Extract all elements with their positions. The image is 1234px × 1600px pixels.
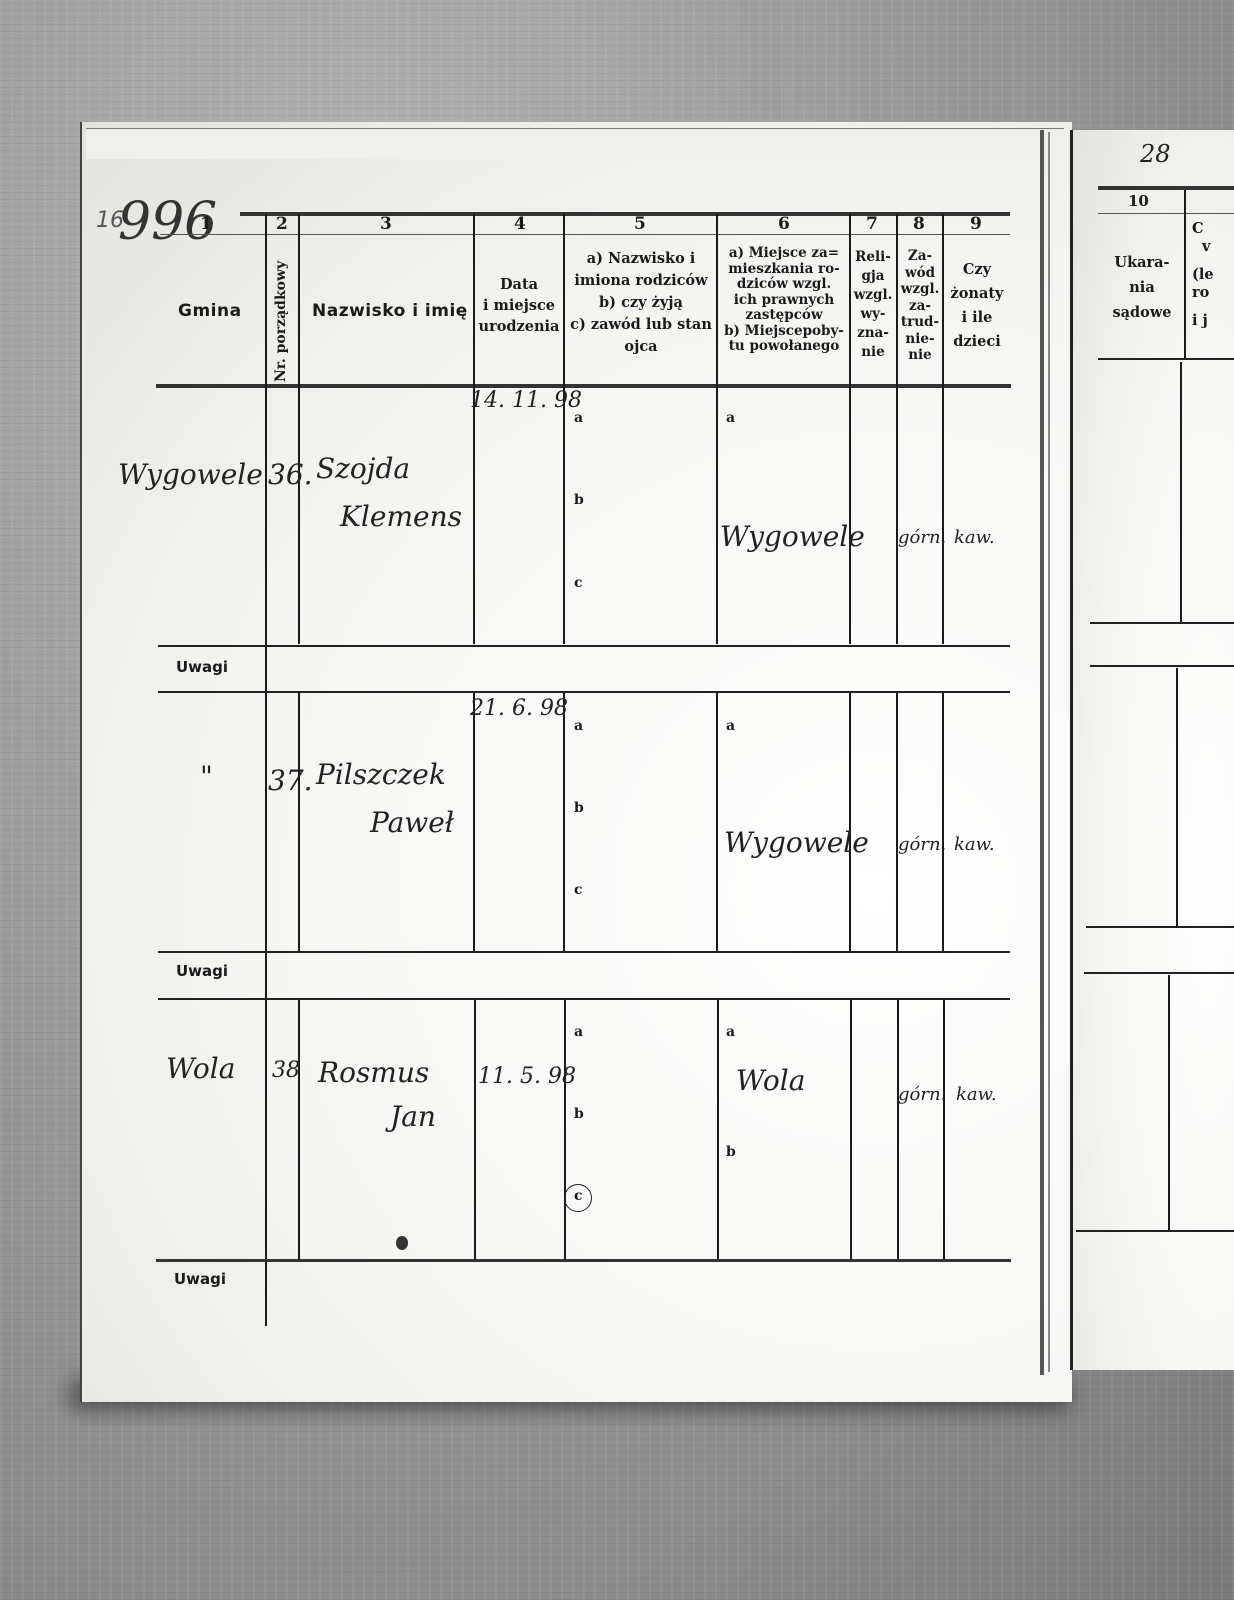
- e3-col-divider-5-6: [717, 1000, 719, 1260]
- header-col9-line: dzieci: [944, 330, 1010, 354]
- entry-1-birth-date: 14. 11. 98: [470, 388, 582, 413]
- e2-col-divider-2-3: [298, 693, 300, 951]
- header-col9-line: żonaty: [944, 282, 1010, 306]
- col-number-8: 8: [913, 214, 925, 234]
- entry-3-col9-marital: kaw.: [956, 1084, 997, 1105]
- header-col7-line: Reli-: [850, 248, 896, 267]
- right-header-col10-line: nia: [1100, 275, 1184, 300]
- right-header-top-rule: [1098, 186, 1234, 190]
- entry-2-col6-sub-a: a: [726, 718, 735, 734]
- col-number-7: 7: [866, 214, 878, 234]
- col-number-6: 6: [778, 214, 790, 234]
- right-remarks-2-rule: [1084, 972, 1234, 974]
- entry-1-col6-residence: Wygowele: [720, 520, 865, 553]
- header-col7-line: nie: [850, 343, 896, 362]
- e2-col-divider-6-7: [849, 693, 851, 951]
- right-col-number-rule: [1098, 213, 1234, 214]
- header-col4-line: urodzenia: [476, 316, 562, 337]
- header-nazwisko-i-imie: Nazwisko i imię: [312, 301, 468, 321]
- header-col5-line: a) Nazwisko i: [566, 248, 716, 270]
- entry-3-col8-occupation: górn.: [898, 1084, 946, 1105]
- header-col5-line: imiona rodziców: [566, 270, 716, 292]
- header-col8-line: trud-: [897, 314, 943, 331]
- header-col5-line: ojca: [566, 336, 716, 358]
- e3-col-divider-2-3: [298, 1000, 300, 1260]
- entry-2-nr: 37.: [268, 764, 313, 797]
- col-number-5: 5: [634, 214, 646, 234]
- entry-3-sub-b: b: [574, 1106, 584, 1122]
- right-header-col11-line: (le: [1192, 266, 1214, 284]
- header-col8: Za- wód wzgl. za- trud- nie- nie: [897, 248, 943, 364]
- right-e2-divider: [1176, 668, 1178, 926]
- header-col7-line: zna-: [850, 324, 896, 343]
- column-number-rule: [160, 234, 1010, 235]
- header-col5-line: b) czy żyją: [566, 292, 716, 314]
- right-header-col11-line: C: [1192, 220, 1214, 238]
- entry-3-bottom-rule: [156, 1259, 1011, 1262]
- right-header-col11-partial: C v (le ro i j: [1192, 220, 1214, 330]
- header-col6-line: b) Miejscepoby-: [718, 324, 850, 340]
- right-header-col11-line: i j: [1192, 312, 1214, 330]
- entry-2-col6-residence: Wygowele: [724, 826, 869, 859]
- col-divider-1-2: [265, 214, 267, 1326]
- entry-1-sub-b: b: [574, 492, 584, 508]
- remarks-1-bottom-rule: [158, 691, 1010, 693]
- entry-3-given-name: Jan: [390, 1100, 436, 1133]
- e2-col-divider-3-4: [473, 693, 475, 951]
- col-number-1: 1: [200, 214, 212, 234]
- page-edge-stack: [1048, 132, 1050, 1372]
- entry-1-col8-occupation: górn.: [898, 527, 946, 548]
- header-col8-line: nie-: [897, 331, 943, 348]
- remarks-field-2[interactable]: [270, 954, 1008, 996]
- header-col7-line: wzgl.: [850, 286, 896, 305]
- entry-3-sub-a: a: [574, 1024, 583, 1040]
- entry-1-col9-marital: kaw.: [954, 527, 995, 548]
- remarks-label-1: Uwagi: [176, 658, 228, 676]
- e3-col-divider-8-9: [943, 1000, 945, 1260]
- header-col6-line: mieszkania ro-: [718, 262, 850, 278]
- entry-2-gmina-ditto: ": [200, 760, 213, 793]
- e3-col-divider-3-4: [474, 1000, 476, 1260]
- header-col6-line: zastępców: [718, 308, 850, 324]
- right-header-col11-line: v: [1192, 238, 1214, 256]
- right-e1-bottom-rule: [1090, 622, 1234, 624]
- header-col4-line: i miejsce: [476, 295, 562, 316]
- right-header-col10-line: sądowe: [1100, 300, 1184, 325]
- header-col8-line: za-: [897, 298, 943, 315]
- right-page-number: 28: [1140, 140, 1171, 168]
- right-col-number-10: 10: [1128, 192, 1149, 210]
- right-e3-divider: [1168, 975, 1170, 1231]
- remarks-field-3[interactable]: [270, 1264, 1008, 1324]
- entry-3-col6-sub-b: b: [726, 1144, 736, 1160]
- e2-col-divider-8-9: [942, 693, 944, 951]
- entry-2-bottom-rule: [158, 951, 1010, 953]
- entry-3-gmina: Wola: [166, 1052, 235, 1085]
- col-divider-3-4: [473, 214, 475, 644]
- remarks-label-2: Uwagi: [176, 962, 228, 980]
- header-col5: a) Nazwisko i imiona rodziców b) czy żyj…: [566, 248, 716, 358]
- header-col6: a) Miejsce za= mieszkania ro- dziców wzg…: [718, 246, 850, 355]
- header-col9-line: i ile: [944, 306, 1010, 330]
- e2-col-divider-4-5: [563, 693, 565, 951]
- remarks-2-bottom-rule: [158, 998, 1010, 1000]
- right-col-divider-10-11: [1184, 190, 1186, 358]
- entry-2-birth-date: 21. 6. 98: [470, 696, 568, 721]
- entry-1-sub-a: a: [574, 410, 583, 426]
- stacked-page-edge: [86, 128, 1064, 159]
- header-col5-line: c) zawód lub stan: [566, 314, 716, 336]
- entry-3-surname: Rosmus: [318, 1056, 429, 1089]
- header-top-rule: [240, 212, 1010, 216]
- right-remarks-1-rule: [1090, 665, 1234, 667]
- entry-3-col6-residence: Wola: [736, 1064, 805, 1097]
- entry-1-gmina: Wygowele: [118, 458, 263, 491]
- header-col9: Czy żonaty i ile dzieci: [944, 258, 1010, 354]
- entry-2-col9-marital: kaw.: [954, 834, 995, 855]
- entry-3-sub-c-circle-mark: [564, 1184, 592, 1212]
- header-bottom-rule: [156, 384, 1011, 388]
- entry-1-surname: Szojda: [316, 452, 410, 485]
- col-number-9: 9: [970, 214, 982, 234]
- entry-2-col8-occupation: górn.: [898, 834, 946, 855]
- col-number-2: 2: [276, 214, 288, 234]
- header-col6-line: dziców wzgl.: [718, 277, 850, 293]
- header-col7-line: gja: [850, 267, 896, 286]
- header-col4-line: Data: [476, 274, 562, 295]
- right-e1-divider: [1180, 362, 1182, 622]
- header-col6-line: a) Miejsce za=: [718, 246, 850, 262]
- right-header-col10: Ukara- nia sądowe: [1100, 250, 1184, 325]
- header-col7-line: wy-: [850, 305, 896, 324]
- ink-blot: [396, 1236, 408, 1250]
- right-e2-bottom-rule: [1086, 926, 1234, 928]
- col-number-3: 3: [380, 214, 392, 234]
- entry-2-sub-c: c: [574, 882, 583, 898]
- entry-3-birth-date: 11. 5. 98: [478, 1064, 576, 1089]
- e3-col-divider-7-8: [897, 1000, 899, 1260]
- right-e3-bottom-rule: [1076, 1230, 1234, 1232]
- header-col8-line: nie: [897, 347, 943, 364]
- header-col8-line: wzgl.: [897, 281, 943, 298]
- entry-1-col6-sub-a: a: [726, 410, 735, 426]
- right-header-bottom-rule: [1098, 358, 1234, 360]
- e3-col-divider-6-7: [850, 1000, 852, 1260]
- entry-3-col6-sub-a: a: [726, 1024, 735, 1040]
- right-header-col10-line: Ukara-: [1100, 250, 1184, 275]
- e2-col-divider-5-6: [716, 693, 718, 951]
- header-nr-porzadkowy: Nr. porządkowy: [273, 261, 289, 382]
- e3-col-divider-4-5: [564, 1000, 566, 1260]
- header-col8-line: Za-: [897, 248, 943, 265]
- e2-col-divider-7-8: [896, 693, 898, 951]
- col-number-4: 4: [514, 214, 526, 234]
- entry-1-sub-c: c: [574, 575, 583, 591]
- header-gmina: Gmina: [178, 301, 242, 321]
- col-divider-4-5: [563, 214, 565, 644]
- entry-1-given-name: Klemens: [340, 500, 462, 533]
- header-col6-line: tu powołanego: [718, 339, 850, 355]
- col-divider-2-3: [298, 214, 300, 644]
- entry-1-nr: 36.: [268, 458, 313, 491]
- remarks-field-1[interactable]: [270, 648, 1008, 690]
- header-col8-line: wód: [897, 265, 943, 282]
- entry-1-bottom-rule: [158, 645, 1010, 647]
- header-col7: Reli- gja wzgl. wy- zna- nie: [850, 248, 896, 362]
- right-header-col11-line: ro: [1192, 284, 1214, 302]
- remarks-label-3: Uwagi: [174, 1270, 226, 1288]
- page-binding-edge: [1040, 130, 1044, 1375]
- entry-2-given-name: Paweł: [370, 806, 454, 839]
- entry-2-sub-b: b: [574, 800, 584, 816]
- header-col6-line: ich prawnych: [718, 293, 850, 309]
- entry-2-sub-a: a: [574, 718, 583, 734]
- header-col4: Data i miejsce urodzenia: [476, 274, 562, 337]
- entry-3-nr: 38: [272, 1058, 300, 1083]
- entry-2-surname: Pilszczek: [316, 758, 446, 791]
- header-col9-line: Czy: [944, 258, 1010, 282]
